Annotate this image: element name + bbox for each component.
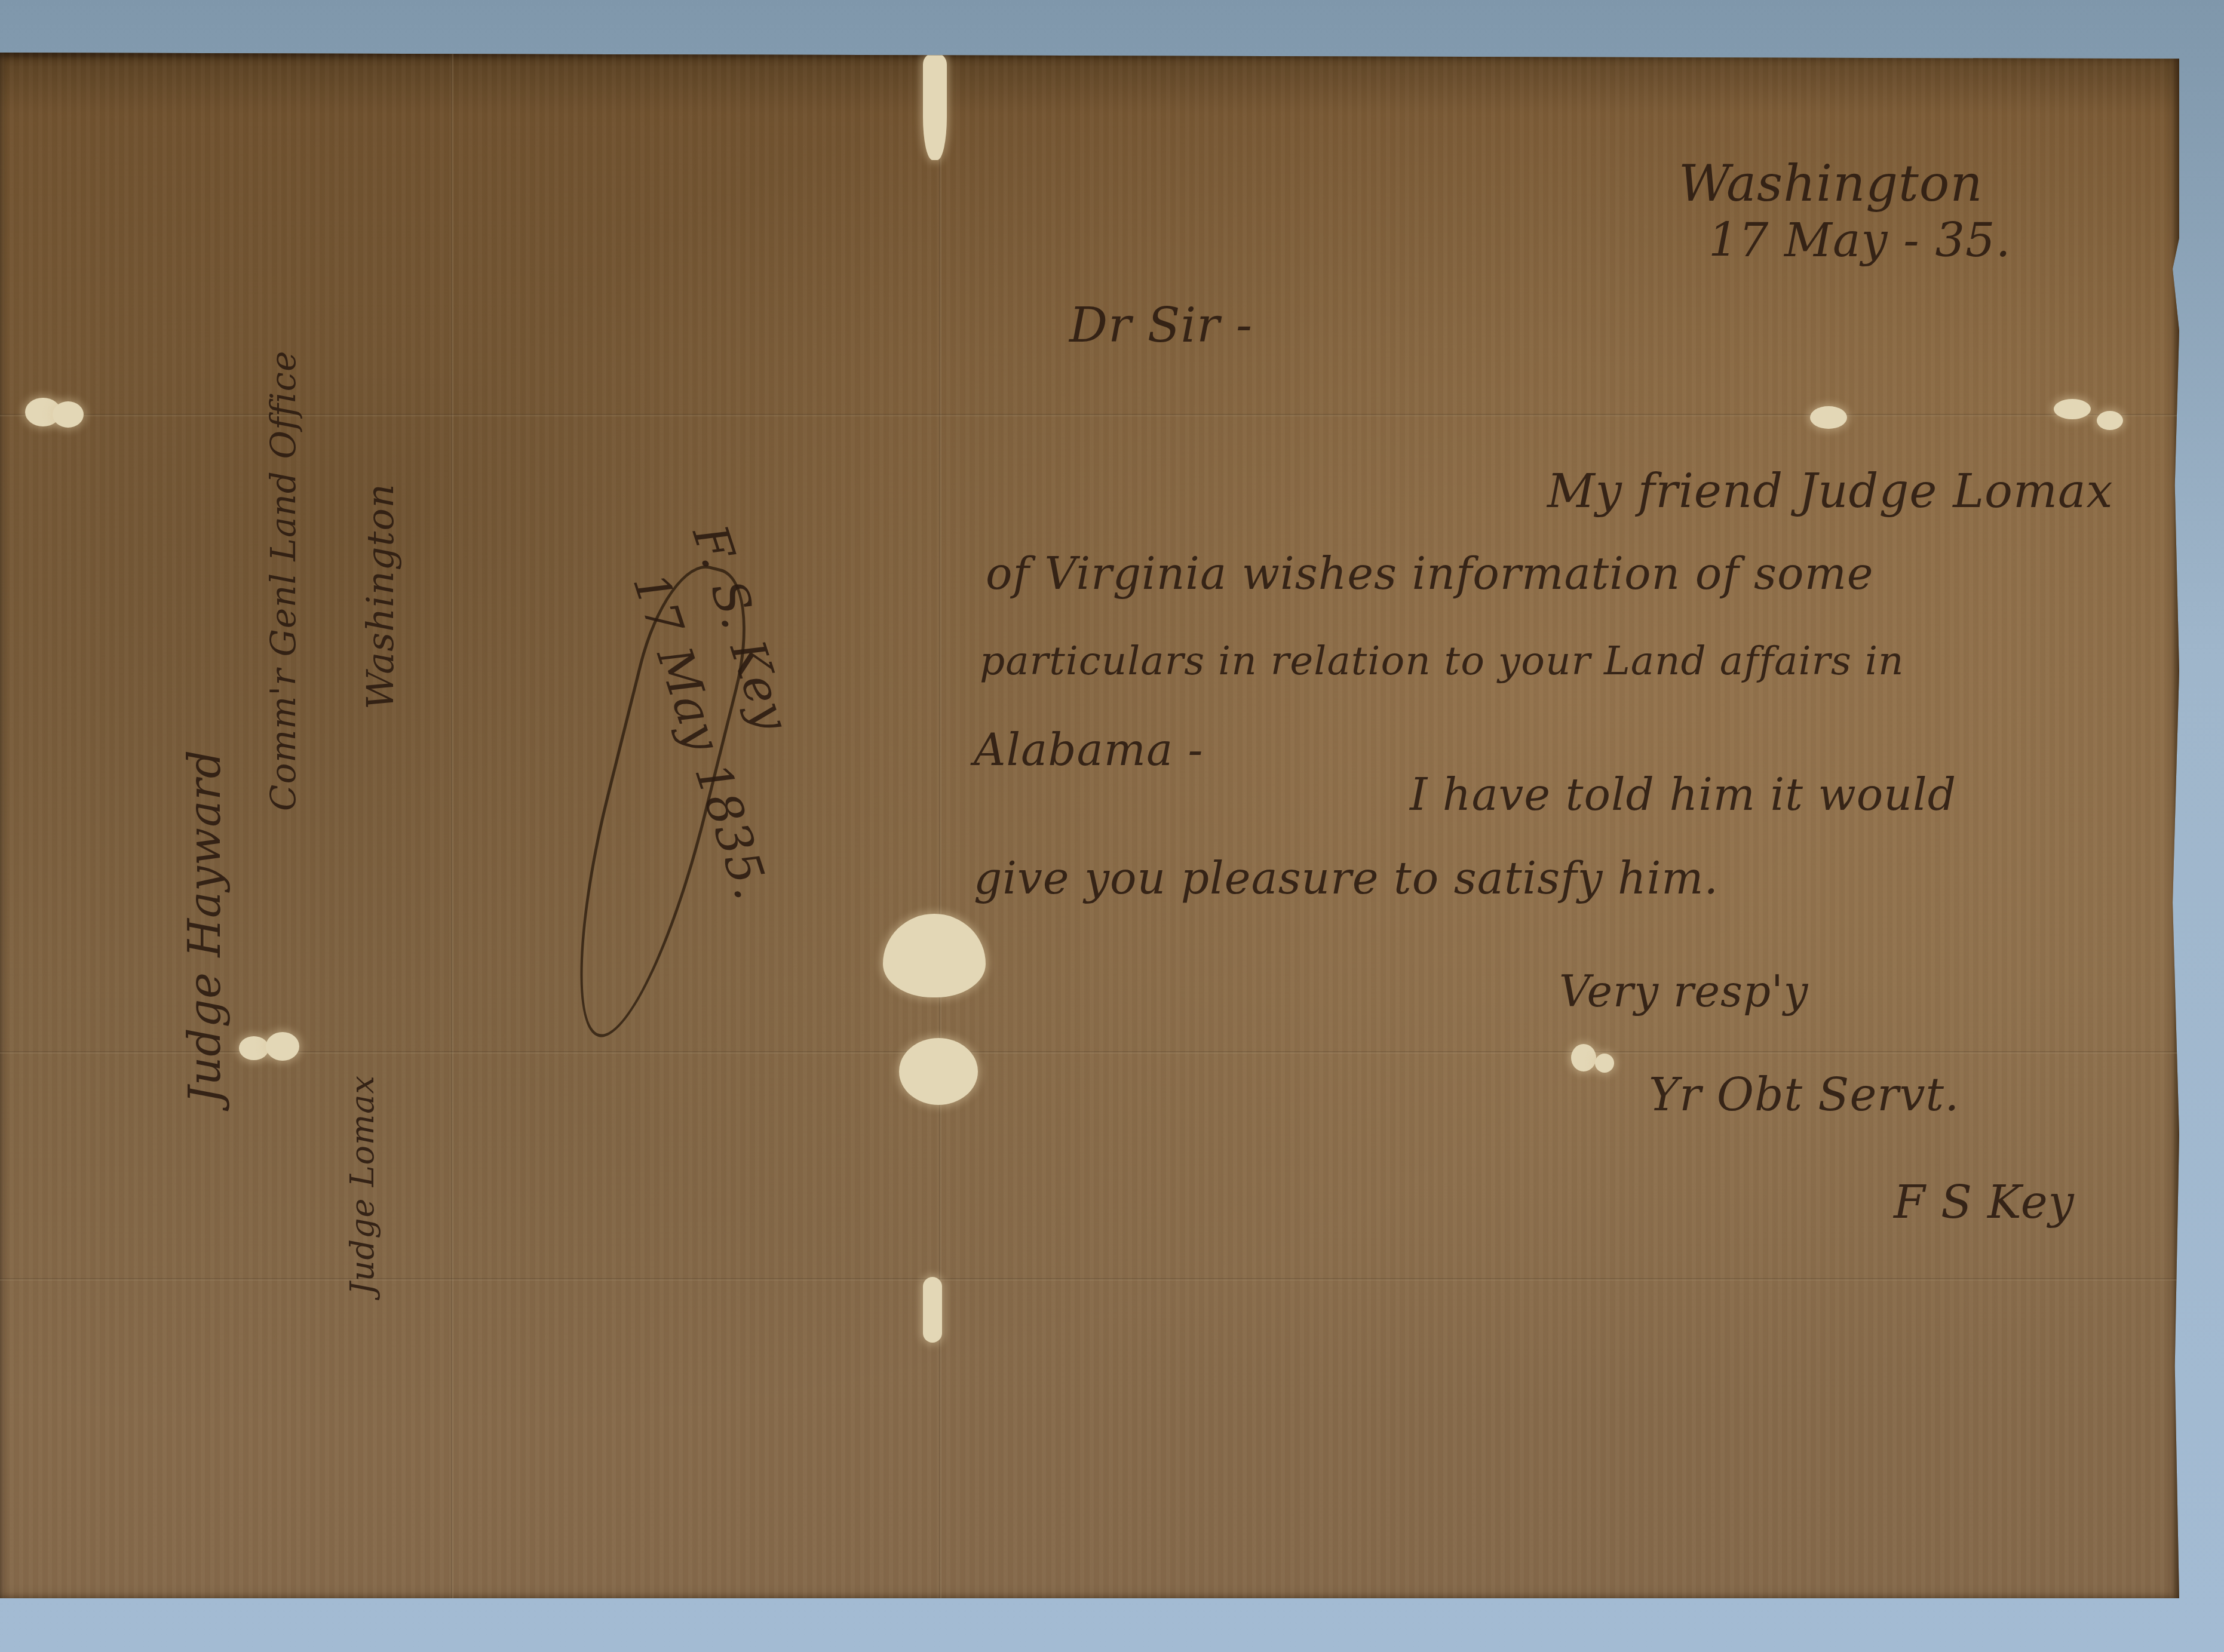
wax-stain <box>53 401 84 428</box>
signature: F S Key <box>1894 1175 2075 1229</box>
wax-stain <box>1810 406 1847 429</box>
fold-line-horizontal <box>0 414 2179 416</box>
wax-stain <box>2097 411 2123 430</box>
body-line-5: I have told him it would <box>1410 769 1956 821</box>
wax-stain <box>2054 399 2091 419</box>
wax-stain <box>239 1036 269 1060</box>
wax-stain <box>266 1032 299 1061</box>
fold-line-vertical <box>451 53 453 1598</box>
letter-place: Washington <box>1679 154 1983 213</box>
side-note: Judge Lomax <box>343 1075 381 1295</box>
body-line-3: particulars in relation to your Land aff… <box>980 638 1904 684</box>
closing-line-1: Very resp'y <box>1559 966 1809 1017</box>
letter-sheet: Washington 17 May - 35. Dr Sir - My frie… <box>0 53 2179 1598</box>
body-line-6: give you pleasure to satisfy him. <box>974 853 1719 904</box>
address-recipient: Judge Hayward <box>179 750 231 1104</box>
body-line-1: My friend Judge Lomax <box>1547 465 2113 518</box>
wax-stain <box>1595 1054 1614 1073</box>
address-city: Washington <box>358 483 402 710</box>
wax-seal-mark <box>899 1038 978 1105</box>
letter-date: 17 May - 35. <box>1708 214 2011 268</box>
fold-line-horizontal <box>0 1278 2179 1281</box>
wax-stain <box>923 1277 942 1343</box>
body-line-4: Alabama - <box>974 724 1204 776</box>
paper-texture <box>0 53 2179 1598</box>
address-title: Comm'r Genl Land Office <box>263 351 303 811</box>
fold-line-center <box>939 53 941 1598</box>
fold-line-horizontal <box>0 1051 2179 1054</box>
wax-stain <box>1571 1044 1596 1071</box>
body-line-2: of Virginia wishes information of some <box>986 548 1874 600</box>
letter-salutation: Dr Sir - <box>1069 297 1253 353</box>
wax-stain <box>923 53 947 160</box>
closing-line-2: Yr Obt Servt. <box>1649 1068 1959 1121</box>
